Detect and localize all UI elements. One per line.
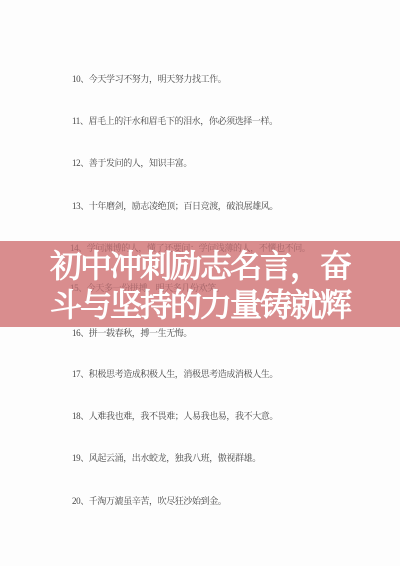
quote-line-17: 17、积极思考造成积极人生，消极思考造成消极人生。 (72, 369, 278, 380)
quote-line-12: 12、善于发问的人，知识丰富。 (72, 158, 192, 169)
quote-line-19: 19、风起云涌，出水蛟龙，独我八班，傲视群雄。 (72, 453, 261, 464)
banner-title-line2: 斗与坚持的力量铸就辉 (0, 286, 400, 324)
quote-line-18: 18、人难我也难，我不畏难；人易我也易，我不大意。 (72, 411, 278, 422)
article-page: 10、今天学习不努力，明天努力找工作。 11、眉毛上的汗水和眉毛下的泪水，你必须… (0, 0, 400, 566)
quote-line-16: 16、拼一载春秋，搏一生无悔。 (72, 328, 192, 339)
quote-line-10: 10、今天学习不努力，明天努力找工作。 (72, 74, 226, 85)
quote-line-13: 13、十年磨剑，励志凌绝顶；百日竞渡，破浪展雄风。 (72, 201, 278, 212)
title-banner: 14、学问渊博的人，懂了还要问；学问浅薄的人，不懂也不问。 15、今天多一份拼搏… (0, 241, 400, 327)
banner-title-line1: 初中冲刺励志名言，奋 (0, 247, 400, 285)
quote-line-11: 11、眉毛上的汗水和眉毛下的泪水，你必须选择一样。 (72, 116, 278, 127)
quote-line-20: 20、千淘万漉虽辛苦，吹尽狂沙始到金。 (72, 496, 226, 507)
